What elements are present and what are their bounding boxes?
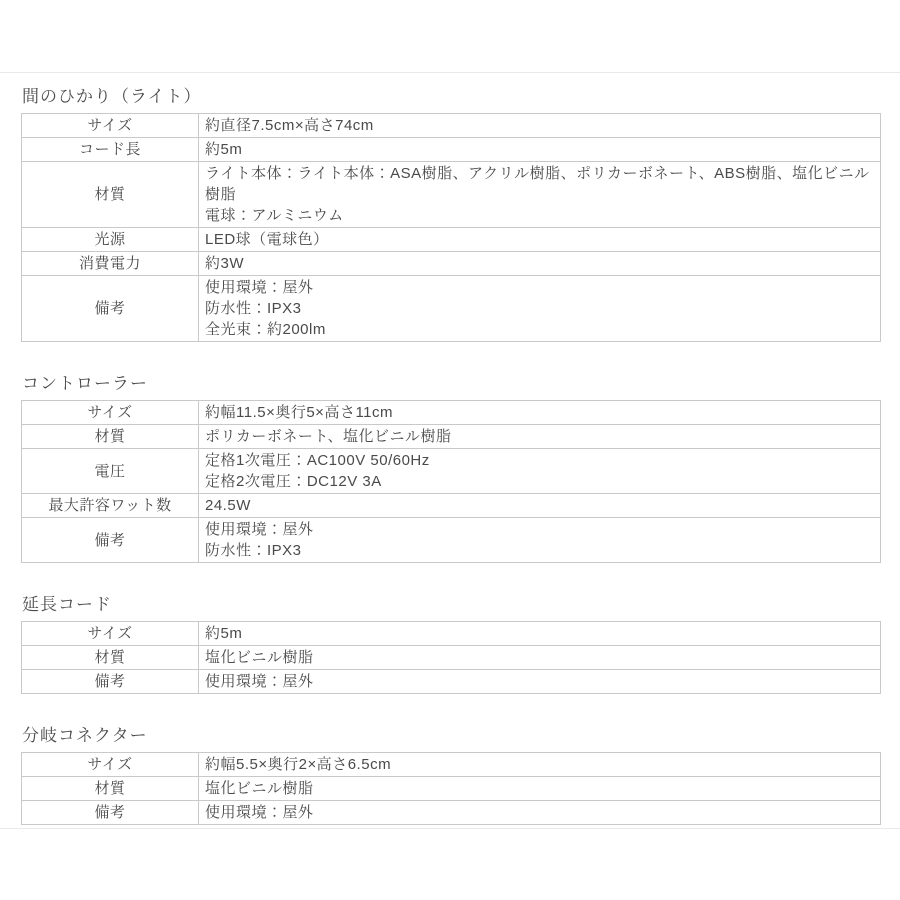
spec-table-row: 電圧 定格1次電圧：AC100V 50/60Hz定格2次電圧：DC12V 3A xyxy=(22,449,881,494)
spec-value-line: LED球（電球色） xyxy=(205,229,872,250)
spec-table-row: 材質 塩化ビニル樹脂 xyxy=(22,777,881,801)
spec-row-value: 塩化ビニル樹脂 xyxy=(199,646,881,670)
spec-row-label: 備考 xyxy=(22,801,199,825)
spec-value-line: 使用環境：屋外 xyxy=(205,519,872,540)
spec-table-row: 光源 LED球（電球色） xyxy=(22,228,881,252)
spec-table-row: 備考 使用環境：屋外 xyxy=(22,801,881,825)
spec-row-value: 定格1次電圧：AC100V 50/60Hz定格2次電圧：DC12V 3A xyxy=(199,449,881,494)
spec-row-value: 約3W xyxy=(199,252,881,276)
spec-value-line: ポリカーボネート、塩化ビニル樹脂 xyxy=(205,426,872,447)
spec-value-line: 約直径7.5cm×高さ74cm xyxy=(205,115,872,136)
spec-table-row: サイズ 約直径7.5cm×高さ74cm xyxy=(22,114,881,138)
spec-table-row: 備考 使用環境：屋外防水性：IPX3 xyxy=(22,518,881,563)
spec-row-label: 材質 xyxy=(22,425,199,449)
spec-value-line: 防水性：IPX3 xyxy=(205,298,872,319)
spec-section: 分岐コネクター サイズ 約幅5.5×奥行2×高さ6.5cm 材質 塩化ビニル樹脂… xyxy=(21,726,881,825)
spec-value-line: 約3W xyxy=(205,253,872,274)
bottom-divider xyxy=(0,828,900,829)
spec-table-row: 材質 ライト本体：ライト本体：ASA樹脂、アクリル樹脂、ポリカーボネート、ABS… xyxy=(22,162,881,228)
spec-table-row: 材質 塩化ビニル樹脂 xyxy=(22,646,881,670)
spec-table: サイズ 約直径7.5cm×高さ74cm コード長 約5m 材質 ライト本体：ライ… xyxy=(21,113,881,342)
section-title: コントローラー xyxy=(22,374,881,393)
spec-row-value: 使用環境：屋外防水性：IPX3 xyxy=(199,518,881,563)
spec-value-line: ライト本体：ライト本体：ASA樹脂、アクリル樹脂、ポリカーボネート、ABS樹脂、… xyxy=(205,163,872,205)
spec-row-value: ポリカーボネート、塩化ビニル樹脂 xyxy=(199,425,881,449)
spec-table: サイズ 約5m 材質 塩化ビニル樹脂 備考 使用環境：屋外 xyxy=(21,621,881,694)
spec-row-value: 約5m xyxy=(199,138,881,162)
spec-row-label: 電圧 xyxy=(22,449,199,494)
spec-value-line: 使用環境：屋外 xyxy=(205,277,872,298)
spec-table: サイズ 約幅11.5×奥行5×高さ11cm 材質 ポリカーボネート、塩化ビニル樹… xyxy=(21,400,881,563)
section-title: 間のひかり（ライト） xyxy=(22,87,881,106)
spec-table-row: 材質 ポリカーボネート、塩化ビニル樹脂 xyxy=(22,425,881,449)
spec-value-line: 塩化ビニル樹脂 xyxy=(205,647,872,668)
spec-value-line: 約幅11.5×奥行5×高さ11cm xyxy=(205,402,872,423)
spec-row-value: LED球（電球色） xyxy=(199,228,881,252)
section-title: 分岐コネクター xyxy=(22,726,881,745)
spec-row-label: サイズ xyxy=(22,114,199,138)
spec-row-value: 約幅11.5×奥行5×高さ11cm xyxy=(199,401,881,425)
spec-value-line: 電球：アルミニウム xyxy=(205,205,872,226)
spec-table-row: 消費電力 約3W xyxy=(22,252,881,276)
spec-section: 延長コード サイズ 約5m 材質 塩化ビニル樹脂 備考 使用環境：屋外 xyxy=(21,595,881,694)
spec-row-value: 約幅5.5×奥行2×高さ6.5cm xyxy=(199,753,881,777)
spec-section: 間のひかり（ライト） サイズ 約直径7.5cm×高さ74cm コード長 約5m … xyxy=(21,87,881,342)
spec-value-line: 塩化ビニル樹脂 xyxy=(205,778,872,799)
spec-row-label: 材質 xyxy=(22,162,199,228)
spec-table-row: サイズ 約幅5.5×奥行2×高さ6.5cm xyxy=(22,753,881,777)
spec-table: サイズ 約幅5.5×奥行2×高さ6.5cm 材質 塩化ビニル樹脂 備考 使用環境… xyxy=(21,752,881,825)
spec-section: コントローラー サイズ 約幅11.5×奥行5×高さ11cm 材質 ポリカーボネー… xyxy=(21,374,881,563)
spec-value-line: 防水性：IPX3 xyxy=(205,540,872,561)
spec-row-label: 備考 xyxy=(22,518,199,563)
spec-table-row: サイズ 約5m xyxy=(22,622,881,646)
spec-row-value: 塩化ビニル樹脂 xyxy=(199,777,881,801)
spec-row-value: ライト本体：ライト本体：ASA樹脂、アクリル樹脂、ポリカーボネート、ABS樹脂、… xyxy=(199,162,881,228)
spec-row-value: 約直径7.5cm×高さ74cm xyxy=(199,114,881,138)
spec-table-row: 備考 使用環境：屋外 xyxy=(22,670,881,694)
section-title: 延長コード xyxy=(22,595,881,614)
spec-table-row: 最大許容ワット数 24.5W xyxy=(22,494,881,518)
spec-value-line: 定格1次電圧：AC100V 50/60Hz xyxy=(205,450,872,471)
spec-row-label: サイズ xyxy=(22,401,199,425)
spec-row-label: 光源 xyxy=(22,228,199,252)
spec-row-label: コード長 xyxy=(22,138,199,162)
spec-value-line: 定格2次電圧：DC12V 3A xyxy=(205,471,872,492)
spec-row-label: サイズ xyxy=(22,753,199,777)
spec-value-line: 約5m xyxy=(205,139,872,160)
spec-row-value: 使用環境：屋外防水性：IPX3全光束：約200lm xyxy=(199,276,881,342)
spec-row-label: 備考 xyxy=(22,670,199,694)
spec-row-value: 使用環境：屋外 xyxy=(199,670,881,694)
spec-table-row: 備考 使用環境：屋外防水性：IPX3全光束：約200lm xyxy=(22,276,881,342)
spec-sheet: 間のひかり（ライト） サイズ 約直径7.5cm×高さ74cm コード長 約5m … xyxy=(21,72,881,825)
spec-row-label: 備考 xyxy=(22,276,199,342)
spec-value-line: 使用環境：屋外 xyxy=(205,802,872,823)
spec-value-line: 24.5W xyxy=(205,495,872,516)
spec-value-line: 使用環境：屋外 xyxy=(205,671,872,692)
spec-row-label: サイズ xyxy=(22,622,199,646)
spec-table-row: コード長 約5m xyxy=(22,138,881,162)
spec-row-label: 最大許容ワット数 xyxy=(22,494,199,518)
spec-value-line: 全光束：約200lm xyxy=(205,319,872,340)
spec-row-value: 24.5W xyxy=(199,494,881,518)
spec-row-value: 使用環境：屋外 xyxy=(199,801,881,825)
spec-row-label: 消費電力 xyxy=(22,252,199,276)
spec-row-label: 材質 xyxy=(22,646,199,670)
spec-value-line: 約5m xyxy=(205,623,872,644)
spec-row-value: 約5m xyxy=(199,622,881,646)
spec-table-row: サイズ 約幅11.5×奥行5×高さ11cm xyxy=(22,401,881,425)
spec-value-line: 約幅5.5×奥行2×高さ6.5cm xyxy=(205,754,872,775)
spec-row-label: 材質 xyxy=(22,777,199,801)
